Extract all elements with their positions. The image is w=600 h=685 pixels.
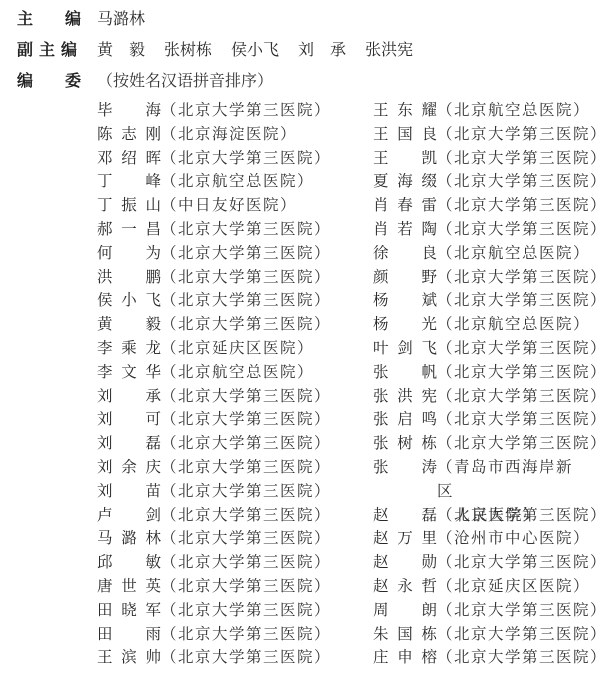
deputy-chief-editors-line: 副主编黄 毅张树栋侯小飞刘 承张洪宪 <box>17 38 432 62</box>
member-affiliation: （北京大学第三医院） <box>161 385 331 409</box>
committee-member-row: 马潞林（北京大学第三医院） <box>97 527 331 551</box>
member-name: 徐 良 <box>373 242 437 266</box>
member-name: 颜 野 <box>373 266 437 290</box>
member-name: 刘 可 <box>97 408 161 432</box>
member-name: 王东耀 <box>373 99 437 123</box>
committee-member-row: 王东耀（北京航空总医院） <box>373 99 600 123</box>
committee-member-row: 李乘龙（北京延庆区医院） <box>97 337 331 361</box>
member-name: 张 帆 <box>373 361 437 385</box>
member-affiliation: （北京大学第三医院） <box>437 432 600 456</box>
committee-member-row: 郝一昌（北京大学第三医院） <box>97 218 331 242</box>
member-affiliation: （北京大学第三医院） <box>437 504 600 528</box>
committee-member-row: 刘 可（北京大学第三医院） <box>97 408 331 432</box>
committee-member-row: 丁振山（中日友好医院） <box>97 194 331 218</box>
member-affiliation: （北京大学第三医院） <box>437 170 600 194</box>
member-name: 邱 敏 <box>97 551 161 575</box>
committee-member-row: 田 雨（北京大学第三医院） <box>97 623 331 647</box>
member-name: 卢 剑 <box>97 504 161 528</box>
committee-label: 编 委 <box>17 69 97 93</box>
member-name: 唐世英 <box>97 575 161 599</box>
member-name: 王国良 <box>373 123 437 147</box>
committee-member-row: 何 为（北京大学第三医院） <box>97 242 331 266</box>
member-affiliation: （北京航空总医院） <box>437 242 590 266</box>
member-affiliation: （北京大学第三医院） <box>437 599 600 623</box>
member-affiliation: （北京大学第三医院） <box>161 480 331 504</box>
committee-member-row: 庄申榕（北京大学第三医院） <box>373 646 600 670</box>
member-affiliation: （北京大学第三医院） <box>161 432 331 456</box>
member-affiliation: （北京大学第三医院） <box>161 242 331 266</box>
committee-member-row: 卢 剑（北京大学第三医院） <box>97 504 331 528</box>
member-name: 田晓军 <box>97 599 161 623</box>
committee-member-row: 周 朗（北京大学第三医院） <box>373 599 600 623</box>
member-name: 张洪宪 <box>373 385 437 409</box>
member-name: 叶剑飞 <box>373 337 437 361</box>
member-name: 朱国栋 <box>373 623 437 647</box>
member-name: 丁 峰 <box>97 170 161 194</box>
member-affiliation: （北京大学第三医院） <box>437 385 600 409</box>
member-name: 毕 海 <box>97 99 161 123</box>
member-name: 何 为 <box>97 242 161 266</box>
member-affiliation: （青岛市西海岸新区人民医院） <box>437 456 587 504</box>
chief-editor-name: 马潞林 <box>97 9 145 28</box>
chief-editor-names: 马潞林 <box>97 7 164 31</box>
member-name: 张树栋 <box>373 432 437 456</box>
committee-member-row: 叶剑飞（北京大学第三医院） <box>373 337 600 361</box>
committee-member-row: 陈志刚（北京海淀医院） <box>97 123 331 147</box>
member-affiliation: （北京延庆区医院） <box>437 575 590 599</box>
member-affiliation: （北京大学第三医院） <box>437 218 600 242</box>
committee-member-row: 徐 良（北京航空总医院） <box>373 242 600 266</box>
member-name: 丁振山 <box>97 194 161 218</box>
member-affiliation: （中日友好医院） <box>161 194 297 218</box>
committee-member-row: 刘余庆（北京大学第三医院） <box>97 456 331 480</box>
member-name: 杨 光 <box>373 313 437 337</box>
member-affiliation: （北京大学第三医院） <box>161 266 331 290</box>
member-affiliation: （北京航空总医院） <box>437 313 590 337</box>
committee-member-row: 杨 斌（北京大学第三医院） <box>373 289 600 313</box>
chief-editor-line: 主 编马潞林 <box>17 7 164 31</box>
member-name: 刘 苗 <box>97 480 161 504</box>
committee-line: 编 委（按姓名汉语拼音排序） <box>17 69 273 93</box>
committee-member-row: 丁 峰（北京航空总医院） <box>97 170 331 194</box>
member-name: 侯小飞 <box>97 289 161 313</box>
committee-member-row: 洪 鹏（北京大学第三医院） <box>97 266 331 290</box>
committee-member-row: 颜 野（北京大学第三医院） <box>373 266 600 290</box>
member-affiliation: （北京延庆区医院） <box>161 337 314 361</box>
member-affiliation: （北京海淀医院） <box>161 123 297 147</box>
member-affiliation: （北京大学第三医院） <box>161 99 331 123</box>
committee-member-row: 张 涛（青岛市西海岸新区人民医院） <box>373 456 600 504</box>
committee-member-row: 刘 磊（北京大学第三医院） <box>97 432 331 456</box>
member-name: 张启鸣 <box>373 408 437 432</box>
member-affiliation: （北京航空总医院） <box>161 170 314 194</box>
member-affiliation: （北京航空总医院） <box>437 99 590 123</box>
member-affiliation: （北京大学第三医院） <box>161 551 331 575</box>
member-affiliation: （北京大学第三医院） <box>437 147 600 171</box>
member-name: 刘 承 <box>97 385 161 409</box>
committee-member-row: 赵万里（沧州市中心医院） <box>373 527 600 551</box>
member-affiliation: （北京大学第三医院） <box>437 289 600 313</box>
committee-sort-note: （按姓名汉语拼音排序） <box>97 69 273 93</box>
member-name: 杨 斌 <box>373 289 437 313</box>
committee-member-row: 侯小飞（北京大学第三医院） <box>97 289 331 313</box>
committee-member-row: 夏海缀（北京大学第三医院） <box>373 170 600 194</box>
committee-member-row: 邱 敏（北京大学第三医院） <box>97 551 331 575</box>
member-name: 刘 磊 <box>97 432 161 456</box>
member-affiliation: （北京大学第三医院） <box>437 408 600 432</box>
member-affiliation: （北京大学第三医院） <box>161 646 331 670</box>
member-name: 赵 勋 <box>373 551 437 575</box>
committee-member-row: 王 凯（北京大学第三医院） <box>373 147 600 171</box>
committee-member-row: 赵永哲（北京延庆区医院） <box>373 575 600 599</box>
committee-member-row: 张启鸣（北京大学第三医院） <box>373 408 600 432</box>
committee-member-row: 杨 光（北京航空总医院） <box>373 313 600 337</box>
deputy-editor-name: 张洪宪 <box>365 40 413 59</box>
deputy-chief-editors-names: 黄 毅张树栋侯小飞刘 承张洪宪 <box>97 38 432 62</box>
committee-member-row: 赵 磊（北京大学第三医院） <box>373 504 600 528</box>
committee-member-row: 刘 承（北京大学第三医院） <box>97 385 331 409</box>
deputy-editor-name: 黄 毅 <box>97 40 145 59</box>
committee-member-row: 朱国栋（北京大学第三医院） <box>373 623 600 647</box>
member-name: 肖若陶 <box>373 218 437 242</box>
committee-member-row: 唐世英（北京大学第三医院） <box>97 575 331 599</box>
member-name: 夏海缀 <box>373 170 437 194</box>
member-name: 张 涛 <box>373 456 437 504</box>
member-name: 李文华 <box>97 361 161 385</box>
committee-member-row: 毕 海（北京大学第三医院） <box>97 99 331 123</box>
member-affiliation: （北京大学第三医院） <box>161 147 331 171</box>
member-name: 邓绍晖 <box>97 147 161 171</box>
member-name: 郝一昌 <box>97 218 161 242</box>
member-affiliation: （北京大学第三医院） <box>161 408 331 432</box>
member-name: 周 朗 <box>373 599 437 623</box>
committee-member-row: 张洪宪（北京大学第三医院） <box>373 385 600 409</box>
member-affiliation: （北京大学第三医院） <box>161 504 331 528</box>
committee-member-row: 张树栋（北京大学第三医院） <box>373 432 600 456</box>
member-name: 赵 磊 <box>373 504 437 528</box>
member-name: 赵万里 <box>373 527 437 551</box>
committee-member-row: 李文华（北京航空总医院） <box>97 361 331 385</box>
member-affiliation: （北京大学第三医院） <box>161 599 331 623</box>
member-affiliation: （北京大学第三医院） <box>437 361 600 385</box>
member-affiliation: （北京大学第三医院） <box>437 623 600 647</box>
member-affiliation: （北京大学第三医院） <box>161 575 331 599</box>
deputy-editor-name: 刘 承 <box>298 40 346 59</box>
member-name: 庄申榕 <box>373 646 437 670</box>
member-affiliation: （北京大学第三医院） <box>437 551 600 575</box>
member-name: 李乘龙 <box>97 337 161 361</box>
committee-member-row: 王滨帅（北京大学第三医院） <box>97 646 331 670</box>
member-affiliation: （北京大学第三医院） <box>161 456 331 480</box>
committee-member-row: 肖若陶（北京大学第三医院） <box>373 218 600 242</box>
member-affiliation: （北京大学第三医院） <box>437 266 600 290</box>
member-affiliation: （北京大学第三医院） <box>161 218 331 242</box>
committee-member-row: 赵 勋（北京大学第三医院） <box>373 551 600 575</box>
member-name: 黄 毅 <box>97 313 161 337</box>
committee-list-right: 王东耀（北京航空总医院）王国良（北京大学第三医院）王 凯（北京大学第三医院）夏海… <box>373 99 600 670</box>
member-name: 陈志刚 <box>97 123 161 147</box>
member-affiliation: （北京大学第三医院） <box>437 194 600 218</box>
member-name: 田 雨 <box>97 623 161 647</box>
member-name: 刘余庆 <box>97 456 161 480</box>
committee-member-row: 张 帆（北京大学第三医院） <box>373 361 600 385</box>
committee-member-row: 肖春雷（北京大学第三医院） <box>373 194 600 218</box>
member-affiliation: （北京大学第三医院） <box>161 623 331 647</box>
committee-list-left: 毕 海（北京大学第三医院）陈志刚（北京海淀医院）邓绍晖（北京大学第三医院）丁 峰… <box>97 99 331 670</box>
deputy-editor-name: 张树栋 <box>164 40 212 59</box>
member-affiliation: （北京大学第三医院） <box>161 289 331 313</box>
member-affiliation: （北京大学第三医院） <box>437 646 600 670</box>
chief-editor-label: 主 编 <box>17 7 97 31</box>
committee-member-row: 邓绍晖（北京大学第三医院） <box>97 147 331 171</box>
member-affiliation: （北京大学第三医院） <box>437 123 600 147</box>
member-affiliation: （北京大学第三医院） <box>161 527 331 551</box>
member-affiliation: （北京大学第三医院） <box>437 337 600 361</box>
member-name: 王 凯 <box>373 147 437 171</box>
committee-member-row: 王国良（北京大学第三医院） <box>373 123 600 147</box>
member-affiliation: （北京航空总医院） <box>161 361 314 385</box>
deputy-chief-editors-label: 副主编 <box>17 38 97 62</box>
member-name: 赵永哲 <box>373 575 437 599</box>
member-affiliation-line1: （青岛市西海岸新区 <box>437 456 587 504</box>
committee-member-row: 黄 毅（北京大学第三医院） <box>97 313 331 337</box>
member-name: 马潞林 <box>97 527 161 551</box>
committee-member-row: 田晓军（北京大学第三医院） <box>97 599 331 623</box>
member-name: 洪 鹏 <box>97 266 161 290</box>
member-affiliation: （北京大学第三医院） <box>161 313 331 337</box>
committee-member-row: 刘 苗（北京大学第三医院） <box>97 480 331 504</box>
deputy-editor-name: 侯小飞 <box>231 40 279 59</box>
member-name: 肖春雷 <box>373 194 437 218</box>
member-name: 王滨帅 <box>97 646 161 670</box>
member-affiliation: （沧州市中心医院） <box>437 527 590 551</box>
